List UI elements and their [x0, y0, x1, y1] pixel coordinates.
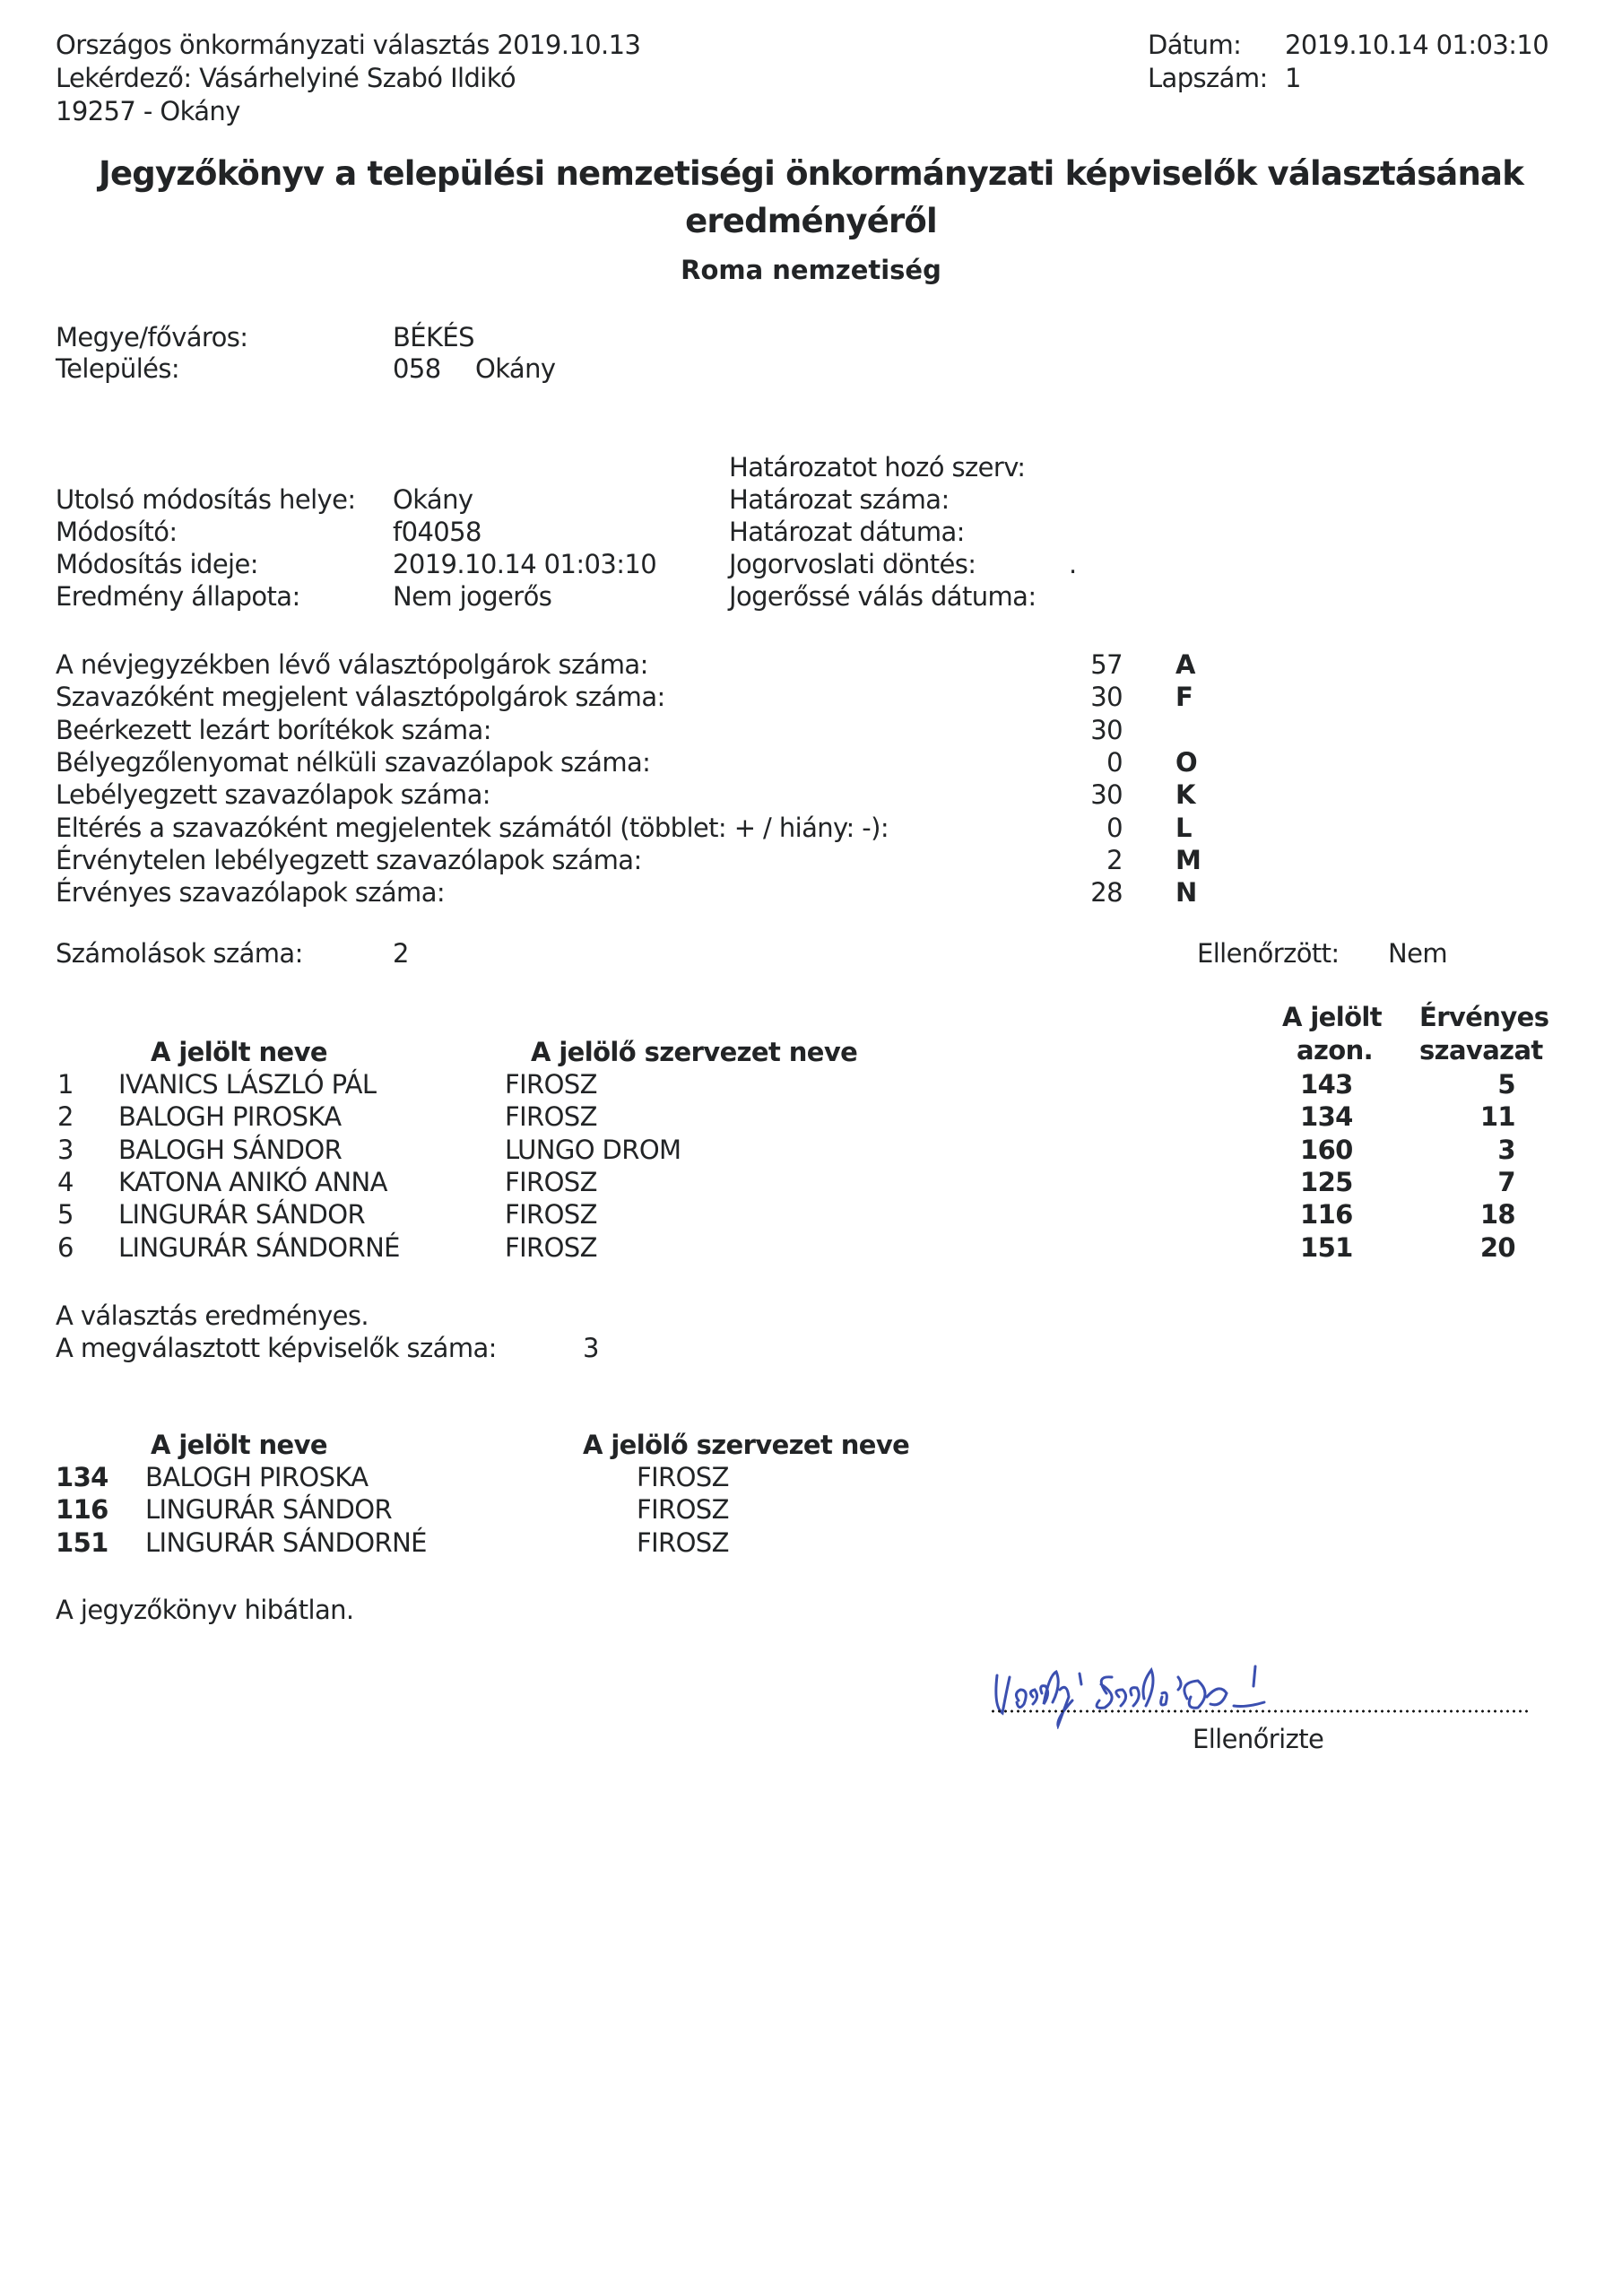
candidate-id: 134 [1300, 1104, 1353, 1130]
candidate-id: 143 [1300, 1072, 1353, 1098]
verified-value: Nem [1388, 941, 1447, 967]
stat-value: 30 [1040, 684, 1123, 710]
verified-label: Ellenőrzött: [1197, 941, 1340, 967]
candidate-votes: 3 [1435, 1137, 1515, 1163]
candidate-votes: 5 [1435, 1072, 1515, 1098]
elected-name: LINGURÁR SÁNDOR [145, 1497, 392, 1523]
elected-count-value: 3 [583, 1335, 599, 1361]
recount-label: Számolások száma: [56, 941, 303, 967]
stat-value: 0 [1040, 815, 1123, 841]
decision-label: Határozat dátuma: [729, 519, 965, 545]
candidate-votes: 7 [1435, 1170, 1515, 1196]
elected-org: FIROSZ [637, 1465, 729, 1491]
elected-count-label: A megválasztott képviselők száma: [56, 1335, 497, 1361]
stat-label: Eltérés a szavazóként megjelentek számát… [56, 815, 889, 841]
date-value: 2019.10.14 01:03:10 [1285, 32, 1548, 58]
stat-code: A [1175, 652, 1195, 678]
elected-name: BALOGH PIROSKA [145, 1465, 369, 1491]
elected-name: LINGURÁR SÁNDORNÉ [145, 1530, 427, 1556]
stat-value: 57 [1040, 652, 1123, 678]
candidate-name: BALOGH PIROSKA [118, 1104, 342, 1130]
page-number-label: Lapszám: [1148, 65, 1268, 91]
col-header-org: A jelölő szervezet neve [531, 1039, 857, 1065]
elected-header-org: A jelölő szervezet neve [583, 1432, 909, 1458]
page-number-value: 1 [1285, 65, 1301, 91]
candidate-name: LINGURÁR SÁNDOR [118, 1202, 365, 1228]
elected-org: FIROSZ [637, 1497, 729, 1523]
col-header-id-line2: azon. [1297, 1038, 1373, 1064]
stat-value: 2 [1040, 848, 1123, 874]
document-title-line2: eredményéről [0, 204, 1622, 238]
stat-code: K [1175, 782, 1195, 808]
elected-id: 116 [56, 1497, 108, 1523]
candidate-number: 6 [57, 1235, 74, 1261]
candidate-org: FIROSZ [505, 1170, 597, 1196]
stat-label: A névjegyzékben lévő választópolgárok sz… [56, 652, 648, 678]
stat-code: M [1175, 848, 1201, 874]
stat-code: F [1175, 684, 1193, 710]
candidate-id: 125 [1300, 1170, 1353, 1196]
stat-value: 30 [1040, 717, 1123, 744]
candidate-votes: 11 [1435, 1104, 1515, 1130]
candidate-id: 151 [1300, 1235, 1353, 1261]
mod-label: Módosítás ideje: [56, 552, 258, 578]
signature-image [986, 1657, 1399, 1729]
county-label: Megye/főváros: [56, 325, 247, 351]
candidate-org: FIROSZ [505, 1202, 597, 1228]
stat-label: Beérkezett lezárt borítékok száma: [56, 717, 491, 744]
document-title: Jegyzőkönyv a települési nemzetiségi önk… [0, 157, 1622, 190]
stat-label: Érvényes szavazólapok száma: [56, 880, 445, 906]
candidate-name: BALOGH SÁNDOR [118, 1137, 342, 1163]
mod-value: Okány [393, 487, 473, 513]
mod-label: Módosító: [56, 519, 178, 545]
candidate-number: 4 [57, 1170, 74, 1196]
decision-label: Jogerőssé válás dátuma: [729, 584, 1037, 610]
recount-value: 2 [393, 941, 409, 967]
settlement-label: Település: [56, 356, 179, 382]
candidate-votes: 18 [1435, 1202, 1515, 1228]
settlement-code: 058 [393, 356, 441, 382]
elected-header-name: A jelölt neve [151, 1432, 327, 1458]
mod-label: Utolsó módosítás helye: [56, 487, 356, 513]
col-header-name: A jelölt neve [151, 1039, 327, 1065]
stat-label: Bélyegzőlenyomat nélküli szavazólapok sz… [56, 750, 650, 776]
stat-value: 30 [1040, 782, 1123, 808]
date-label: Dátum: [1148, 32, 1241, 58]
candidate-number: 2 [57, 1104, 74, 1130]
election-name: Országos önkormányzati választás 2019.10… [56, 32, 640, 58]
decision-label: Jogorvoslati döntés: [729, 552, 976, 578]
stat-code: O [1175, 750, 1197, 776]
protocol-status: A jegyzőkönyv hibátlan. [56, 1597, 354, 1623]
stat-label: Szavazóként megjelent választópolgárok s… [56, 684, 665, 710]
col-header-votes: Érvényes [1419, 1004, 1548, 1031]
settlement-name: Okány [475, 356, 555, 382]
mod-value: f04058 [393, 519, 481, 545]
nationality-subtitle: Roma nemzetiség [0, 257, 1622, 283]
candidate-number: 3 [57, 1137, 74, 1163]
election-outcome: A választás eredményes. [56, 1303, 369, 1329]
mod-value: 2019.10.14 01:03:10 [393, 552, 656, 578]
stat-value: 0 [1040, 750, 1123, 776]
candidate-name: IVANICS LÁSZLÓ PÁL [118, 1072, 376, 1098]
candidate-org: FIROSZ [505, 1072, 597, 1098]
candidate-org: FIROSZ [505, 1104, 597, 1130]
candidate-org: LUNGO DROM [505, 1137, 681, 1163]
elected-id: 134 [56, 1465, 108, 1491]
stat-label: Érvénytelen lebélyegzett szavazólapok sz… [56, 848, 642, 874]
candidate-votes: 20 [1435, 1235, 1515, 1261]
elected-org: FIROSZ [637, 1530, 729, 1556]
stat-label: Lebélyegzett szavazólapok száma: [56, 782, 490, 808]
stat-code: N [1175, 880, 1197, 906]
candidate-org: FIROSZ [505, 1235, 597, 1261]
elected-id: 151 [56, 1530, 108, 1556]
candidate-id: 160 [1300, 1137, 1353, 1163]
mod-value: Nem jogerős [393, 584, 551, 610]
candidate-id: 116 [1300, 1202, 1353, 1228]
decision-label: Határozat száma: [729, 487, 950, 513]
remedy-value: . [1069, 552, 1077, 578]
candidate-number: 5 [57, 1202, 74, 1228]
signature-label: Ellenőrizte [1193, 1726, 1323, 1752]
col-header-votes-line2: szavazat [1419, 1038, 1543, 1064]
stat-code: L [1175, 815, 1192, 841]
location-code: 19257 - Okány [56, 99, 240, 125]
mod-label: Eredmény állapota: [56, 584, 300, 610]
candidate-number: 1 [57, 1072, 74, 1098]
county-value: BÉKÉS [393, 325, 474, 351]
candidate-name: LINGURÁR SÁNDORNÉ [118, 1235, 400, 1261]
candidate-name: KATONA ANIKÓ ANNA [118, 1170, 387, 1196]
signature-line [990, 1709, 1528, 1713]
requester: Lekérdező: Vásárhelyiné Szabó Ildikó [56, 65, 516, 91]
stat-value: 28 [1040, 880, 1123, 906]
col-header-id: A jelölt [1282, 1004, 1382, 1031]
decision-label: Határozatot hozó szerv: [729, 455, 1025, 481]
